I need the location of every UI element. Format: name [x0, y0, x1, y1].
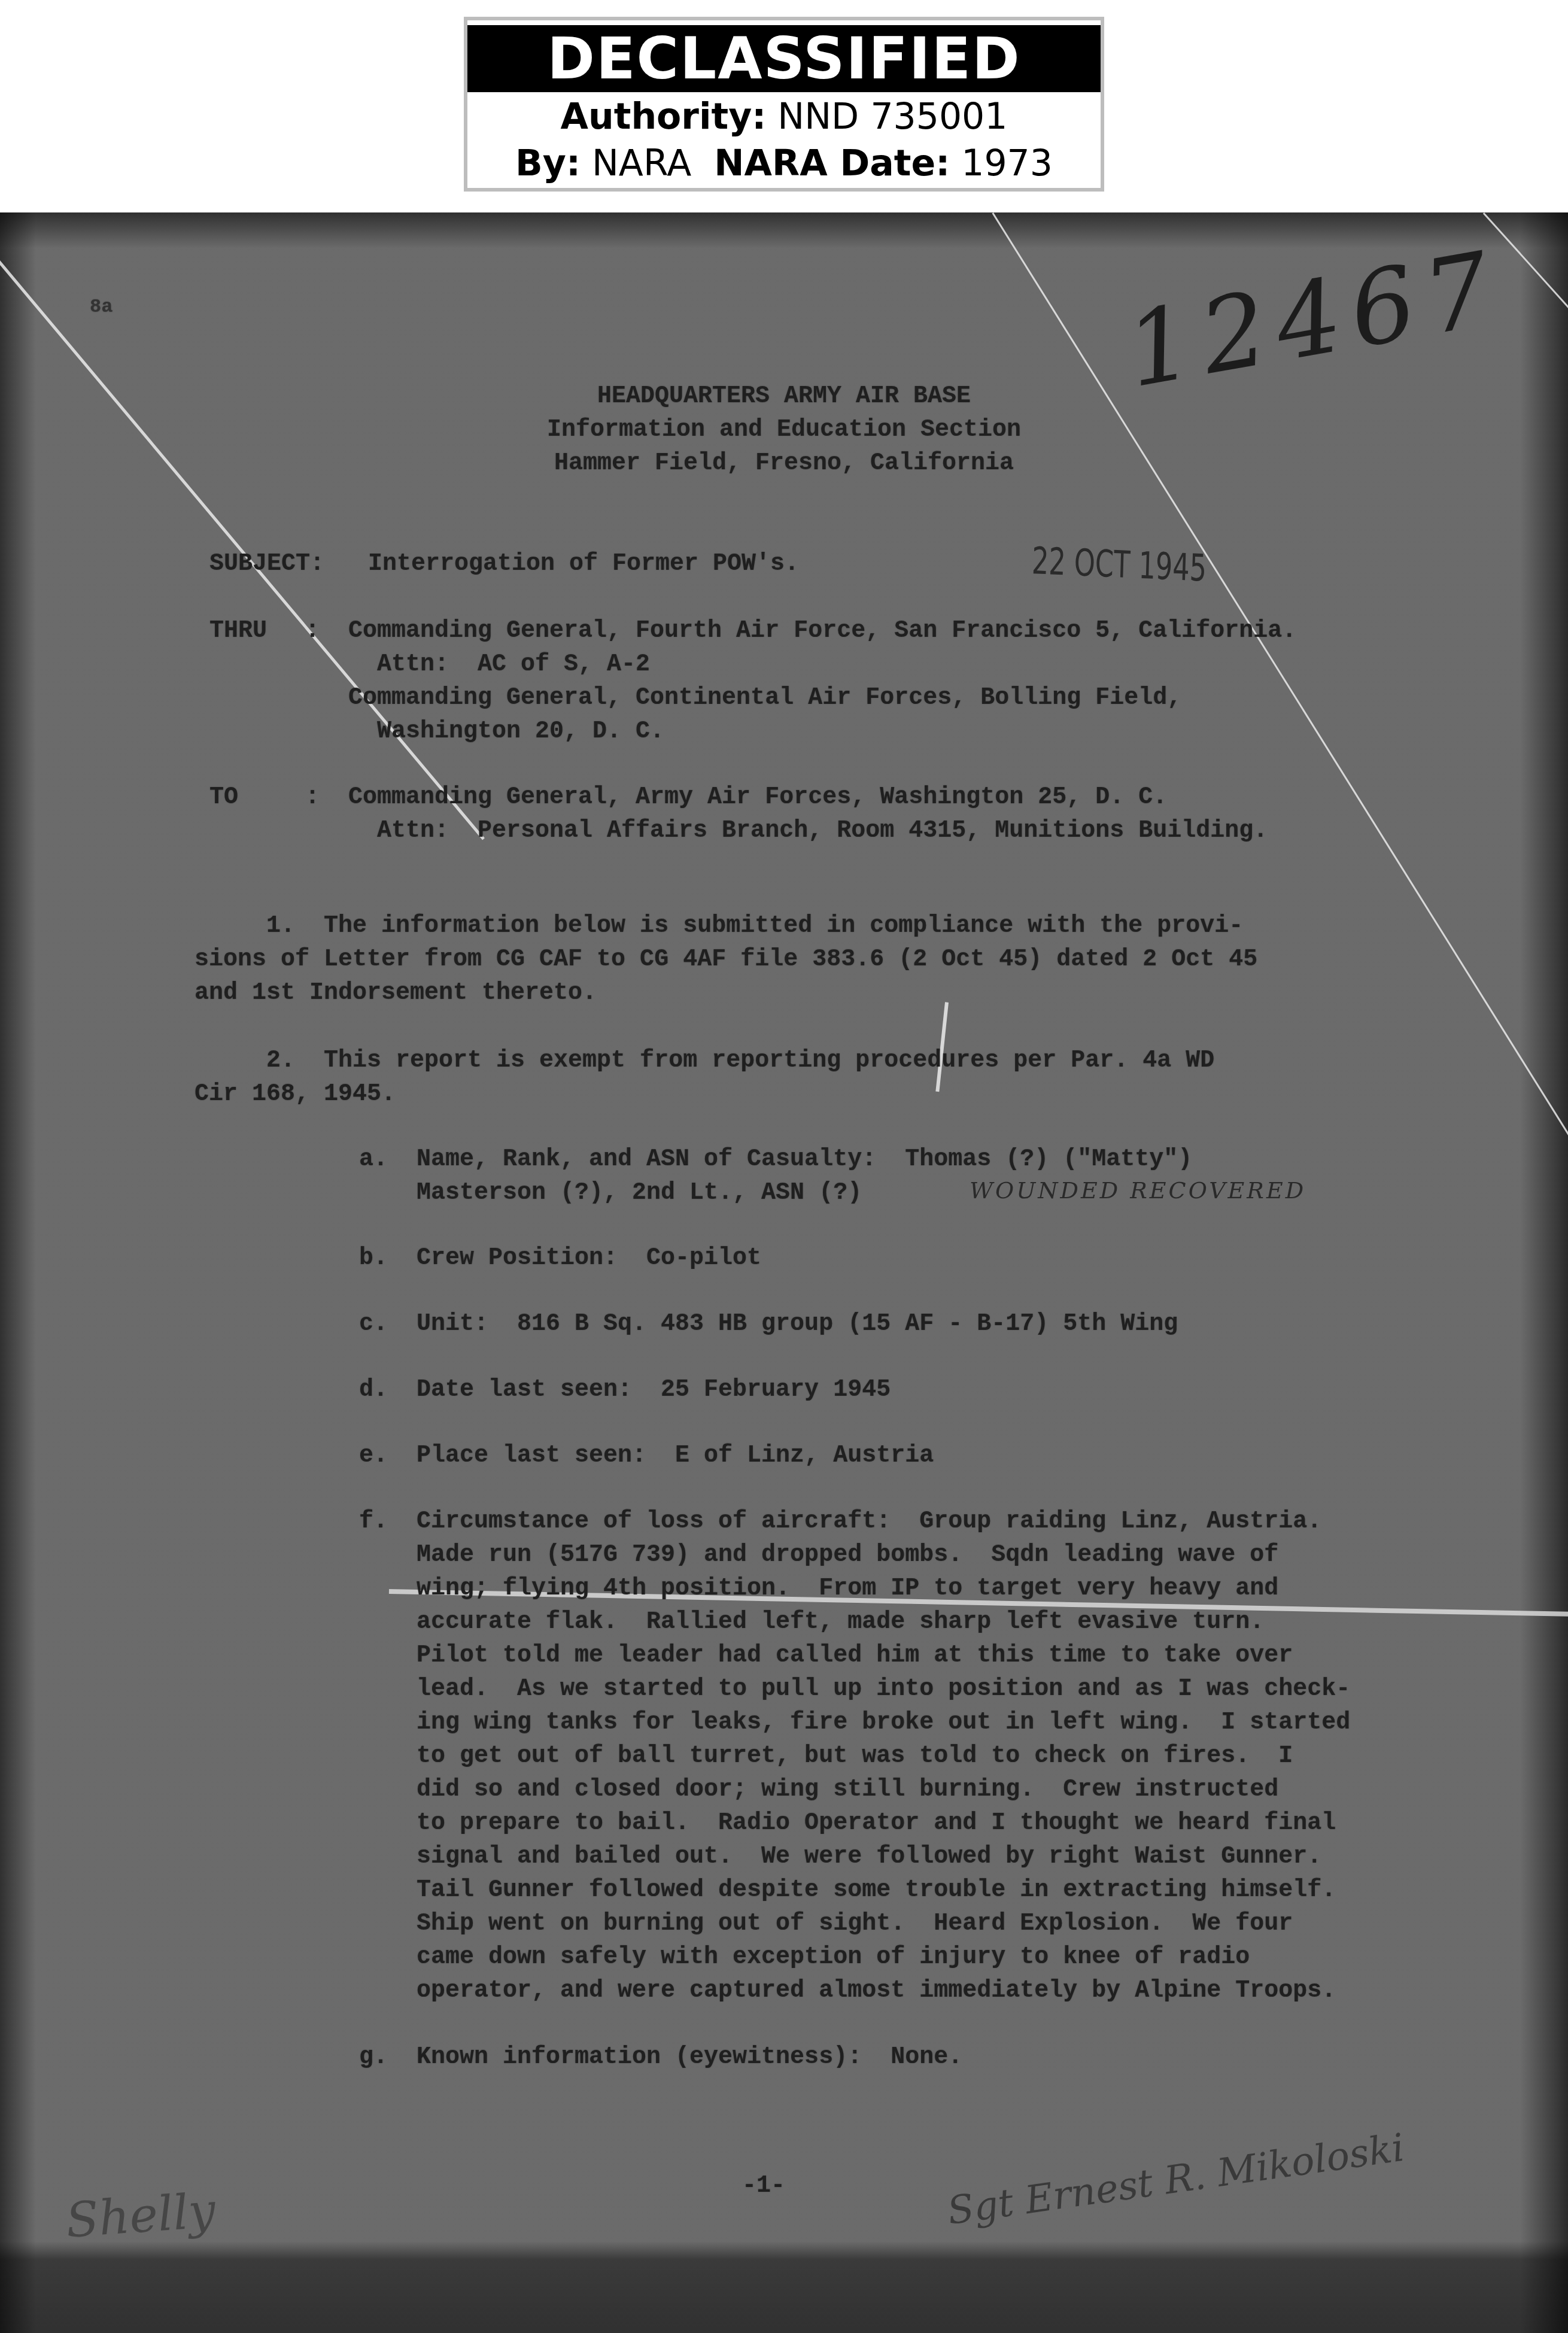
item-f-line-6: lead. As we started to pull up into posi…	[359, 1673, 1350, 1706]
scanned-document: 8a 12467 HEADQUARTERS ARMY AIR BASE Info…	[0, 212, 1568, 2333]
to-line-2: Attn: Personal Affairs Branch, Room 4315…	[305, 815, 1268, 848]
item-f-line-8: to get out of ball turret, but was told …	[359, 1740, 1293, 1773]
corner-mark: 8a	[90, 290, 113, 324]
item-a-annotation: WOUNDED RECOVERED	[970, 1177, 1306, 1204]
thru-line-1: : Commanding General, Fourth Air Force, …	[305, 615, 1296, 648]
para2-line-2: Cir 168, 1945.	[195, 1078, 396, 1111]
item-c: c. Unit: 816 B Sq. 483 HB group (15 AF -…	[359, 1308, 1178, 1341]
subject-label: SUBJECT:	[209, 548, 324, 581]
stamp-by-date: By: NARA NARA Date: 1973	[467, 142, 1101, 184]
item-b: b. Crew Position: Co-pilot	[359, 1242, 761, 1275]
item-g: g. Known information (eyewitness): None.	[359, 2041, 962, 2074]
letterhead-line-1: HEADQUARTERS ARMY AIR BASE	[0, 380, 1568, 414]
to-line-1: : Commanding General, Army Air Forces, W…	[305, 781, 1167, 815]
nara-date-value: 1973	[961, 142, 1053, 184]
para1-line-2: sions of Letter from CG CAF to CG 4AF fi…	[195, 943, 1257, 977]
signature-left: Shelly	[64, 2182, 217, 2248]
thru-line-4: Washington 20, D. C.	[305, 715, 664, 749]
thru-line-3: Commanding General, Continental Air Forc…	[305, 682, 1181, 715]
item-f-line-14: came down safely with exception of injur…	[359, 1941, 1250, 1974]
page-number: -1-	[742, 2170, 785, 2203]
by-value: NARA	[592, 142, 691, 184]
para2-line-1: 2. This report is exempt from reporting …	[195, 1044, 1214, 1078]
item-f-line-15: operator, and were captured almost immed…	[359, 1974, 1336, 2008]
item-f-line-7: ing wing tanks for leaks, fire broke out…	[359, 1706, 1350, 1740]
item-f-line-11: signal and bailed out. We were followed …	[359, 1840, 1321, 1874]
item-f-line-3: wing; flying 4th position. From IP to ta…	[359, 1572, 1278, 1606]
item-f-line-13: Ship went on burning out of sight. Heard…	[359, 1907, 1293, 1941]
declassification-stamp: DECLASSIFIED Authority: NND 735001 By: N…	[464, 17, 1104, 192]
thru-label: THRU	[209, 615, 267, 648]
nara-date-label: NARA Date:	[714, 142, 950, 184]
item-f-line-2: Made run (517G 739) and dropped bombs. S…	[359, 1539, 1278, 1572]
item-a-line-1: a. Name, Rank, and ASN of Casualty: Thom…	[359, 1143, 1192, 1177]
item-e: e. Place last seen: E of Linz, Austria	[359, 1439, 934, 1473]
authority-value: NND 735001	[777, 96, 1007, 138]
item-f-line-1: f. Circumstance of loss of aircraft: Gro…	[359, 1505, 1321, 1539]
received-date-stamp: 22 OCT 1945	[1031, 539, 1207, 590]
to-label: TO	[209, 781, 238, 815]
by-label: By:	[515, 142, 581, 184]
item-f-line-4: accurate flak. Rallied left, made sharp …	[359, 1606, 1264, 1639]
letterhead-line-3: Hammer Field, Fresno, California	[0, 447, 1568, 481]
letterhead-line-2: Information and Education Section	[0, 414, 1568, 447]
subject-value: Interrogation of Former POW's.	[368, 548, 799, 581]
signature-right: Sgt Ernest R. Mikoloski	[945, 2126, 1407, 2234]
authority-label: Authority:	[561, 96, 767, 138]
stamp-authority: Authority: NND 735001	[467, 96, 1101, 138]
para1-line-1: 1. The information below is submitted in…	[195, 910, 1243, 943]
item-a-line-2: Masterson (?), 2nd Lt., ASN (?)	[359, 1177, 862, 1210]
item-d: d. Date last seen: 25 February 1945	[359, 1374, 891, 1407]
item-f-line-5: Pilot told me leader had called him at t…	[359, 1639, 1293, 1673]
para1-line-3: and 1st Indorsement thereto.	[195, 977, 597, 1010]
item-f-line-10: to prepare to bail. Radio Operator and I…	[359, 1807, 1336, 1840]
thru-line-2: Attn: AC of S, A-2	[305, 648, 650, 682]
item-f-line-9: did so and closed door; wing still burni…	[359, 1773, 1278, 1807]
item-f-line-12: Tail Gunner followed despite some troubl…	[359, 1874, 1336, 1907]
stamp-title: DECLASSIFIED	[467, 25, 1101, 92]
